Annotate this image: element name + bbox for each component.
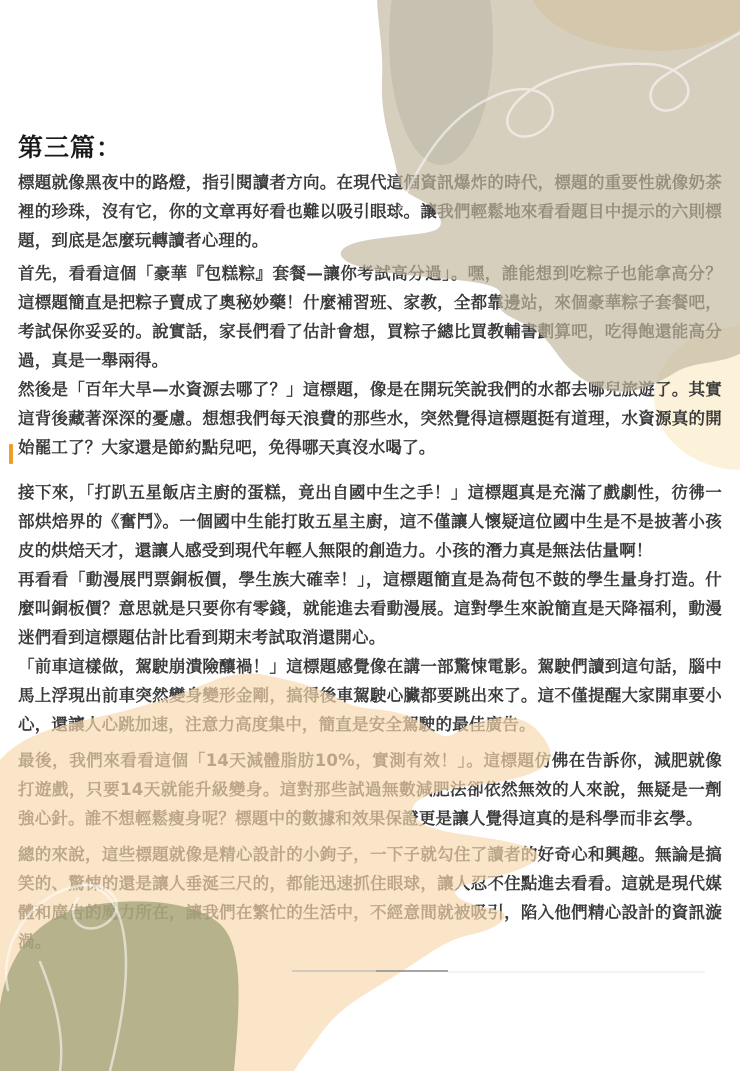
decor-squiggle-bottom-line-2 (40, 962, 61, 1071)
page-title: 第三篇： (18, 132, 722, 164)
paragraph-1: 標題就像黑夜中的路燈，指引閱讀者方向。在現代這個資訊爆炸的時代，標題的重要性就像… (18, 168, 722, 255)
document-page: 第三篇： 標題就像黑夜中的路燈，指引閱讀者方向。在現代這個資訊爆炸的時代，標題的… (0, 0, 740, 1071)
text-cursor (9, 444, 13, 464)
paragraph-7: 最後，我們來看看這個「14天減體脂肪10%，實測有效！」。這標題仿佛在告訴你，減… (18, 746, 722, 833)
decor-blob-peach-corner (528, 0, 740, 51)
paragraph-4: 接下來，「打趴五星飯店主廚的蛋糕，竟出自國中生之手！」這標題真是充滿了戲劇性，彷… (18, 478, 722, 565)
paragraph-6: 「前車這樣做，駕駛崩潰險釀禍！」這標題感覺像在講一部驚悚電影。駕駛們讀到這句話，… (18, 652, 722, 739)
paragraph-3: 然後是「百年大旱—水資源去哪了？」這標題，像是在開玩笑說我們的水都去哪兒旅遊了。… (18, 375, 722, 462)
document-body[interactable]: 第三篇： 標題就像黑夜中的路燈，指引閱讀者方向。在現代這個資訊爆炸的時代，標題的… (18, 132, 722, 956)
paragraph-2: 首先，看看這個「豪華『包糕粽』套餐—讓你考試高分過」。嘿，誰能想到吃粽子也能拿高… (18, 259, 722, 375)
paragraph-8: 總的來說，這些標題就像是精心設計的小鉤子，一下子就勾住了讀者的好奇心和興趣。無論… (18, 840, 722, 956)
paragraph-5: 再看看「動漫展門票銅板價，學生族大確幸！」，這標題簡直是為荷包不鼓的學生量身打造… (18, 565, 722, 652)
